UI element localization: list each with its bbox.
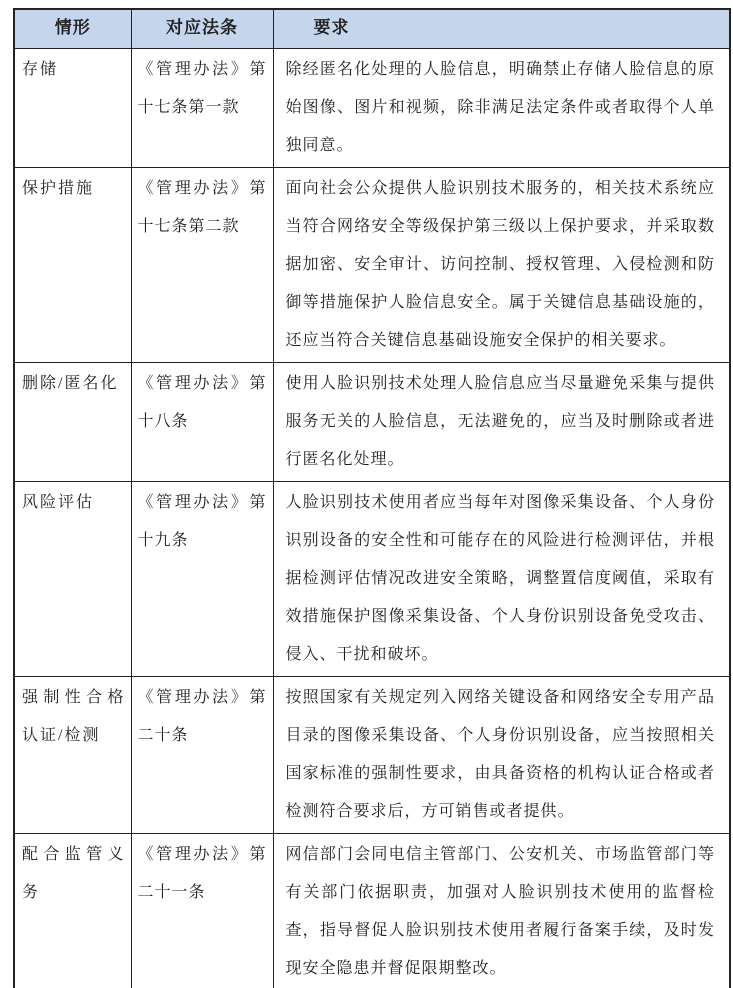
article-cell: 《管理办法》第二十条 xyxy=(131,676,273,833)
table-row-risk-assessment: 风险评估 《管理办法》第十九条 人脸识别技术使用者应当每年对图像采集设备、个人身… xyxy=(14,481,730,676)
requirement-cell: 使用人脸识别技术处理人脸信息应当尽量避免采集与提供服务无关的人脸信息，无法避免的… xyxy=(273,362,730,481)
table-row-protection-measures: 保护措施 《管理办法》第十七条第二款 面向社会公众提供人脸识别技术服务的，相关技… xyxy=(14,167,730,362)
table-row-deletion-anonymization: 删除/匿名化 《管理办法》第十八条 使用人脸识别技术处理人脸信息应当尽量避免采集… xyxy=(14,362,730,481)
situation-cell: 强制性合格认证/检测 xyxy=(14,676,131,833)
situation-cell: 保护措施 xyxy=(14,167,131,362)
header-article: 对应法条 xyxy=(131,9,273,48)
table-row-regulatory-cooperation: 配合监管义务 《管理办法》第二十一条 网信部门会同电信主管部门、公安机关、市场监… xyxy=(14,833,730,988)
article-cell: 《管理办法》第十九条 xyxy=(131,481,273,676)
situation-cell: 风险评估 xyxy=(14,481,131,676)
table-row-mandatory-certification: 强制性合格认证/检测 《管理办法》第二十条 按照国家有关规定列入网络关键设备和网… xyxy=(14,676,730,833)
header-situation: 情形 xyxy=(14,9,131,48)
requirement-cell: 网信部门会同电信主管部门、公安机关、市场监管部门等有关部门依据职责，加强对人脸识… xyxy=(273,833,730,988)
article-cell: 《管理办法》第十七条第二款 xyxy=(131,167,273,362)
regulation-table: 情形 对应法条 要求 存储 《管理办法》第十七条第一款 除经匿名化处理的人脸信息… xyxy=(13,8,731,988)
requirement-cell: 人脸识别技术使用者应当每年对图像采集设备、个人身份识别设备的安全性和可能存在的风… xyxy=(273,481,730,676)
requirement-cell: 除经匿名化处理的人脸信息，明确禁止存储人脸信息的原始图像、图片和视频，除非满足法… xyxy=(273,48,730,167)
document-page: 情形 对应法条 要求 存储 《管理办法》第十七条第一款 除经匿名化处理的人脸信息… xyxy=(0,0,733,988)
situation-cell: 配合监管义务 xyxy=(14,833,131,988)
header-requirement: 要求 xyxy=(273,9,730,48)
article-cell: 《管理办法》第二十一条 xyxy=(131,833,273,988)
article-cell: 《管理办法》第十七条第一款 xyxy=(131,48,273,167)
table-header-row: 情形 对应法条 要求 xyxy=(14,9,730,48)
situation-cell: 删除/匿名化 xyxy=(14,362,131,481)
article-cell: 《管理办法》第十八条 xyxy=(131,362,273,481)
requirement-cell: 按照国家有关规定列入网络关键设备和网络安全专用产品目录的图像采集设备、个人身份识… xyxy=(273,676,730,833)
requirement-cell: 面向社会公众提供人脸识别技术服务的，相关技术系统应当符合网络安全等级保护第三级以… xyxy=(273,167,730,362)
table-row-storage: 存储 《管理办法》第十七条第一款 除经匿名化处理的人脸信息，明确禁止存储人脸信息… xyxy=(14,48,730,167)
situation-cell: 存储 xyxy=(14,48,131,167)
